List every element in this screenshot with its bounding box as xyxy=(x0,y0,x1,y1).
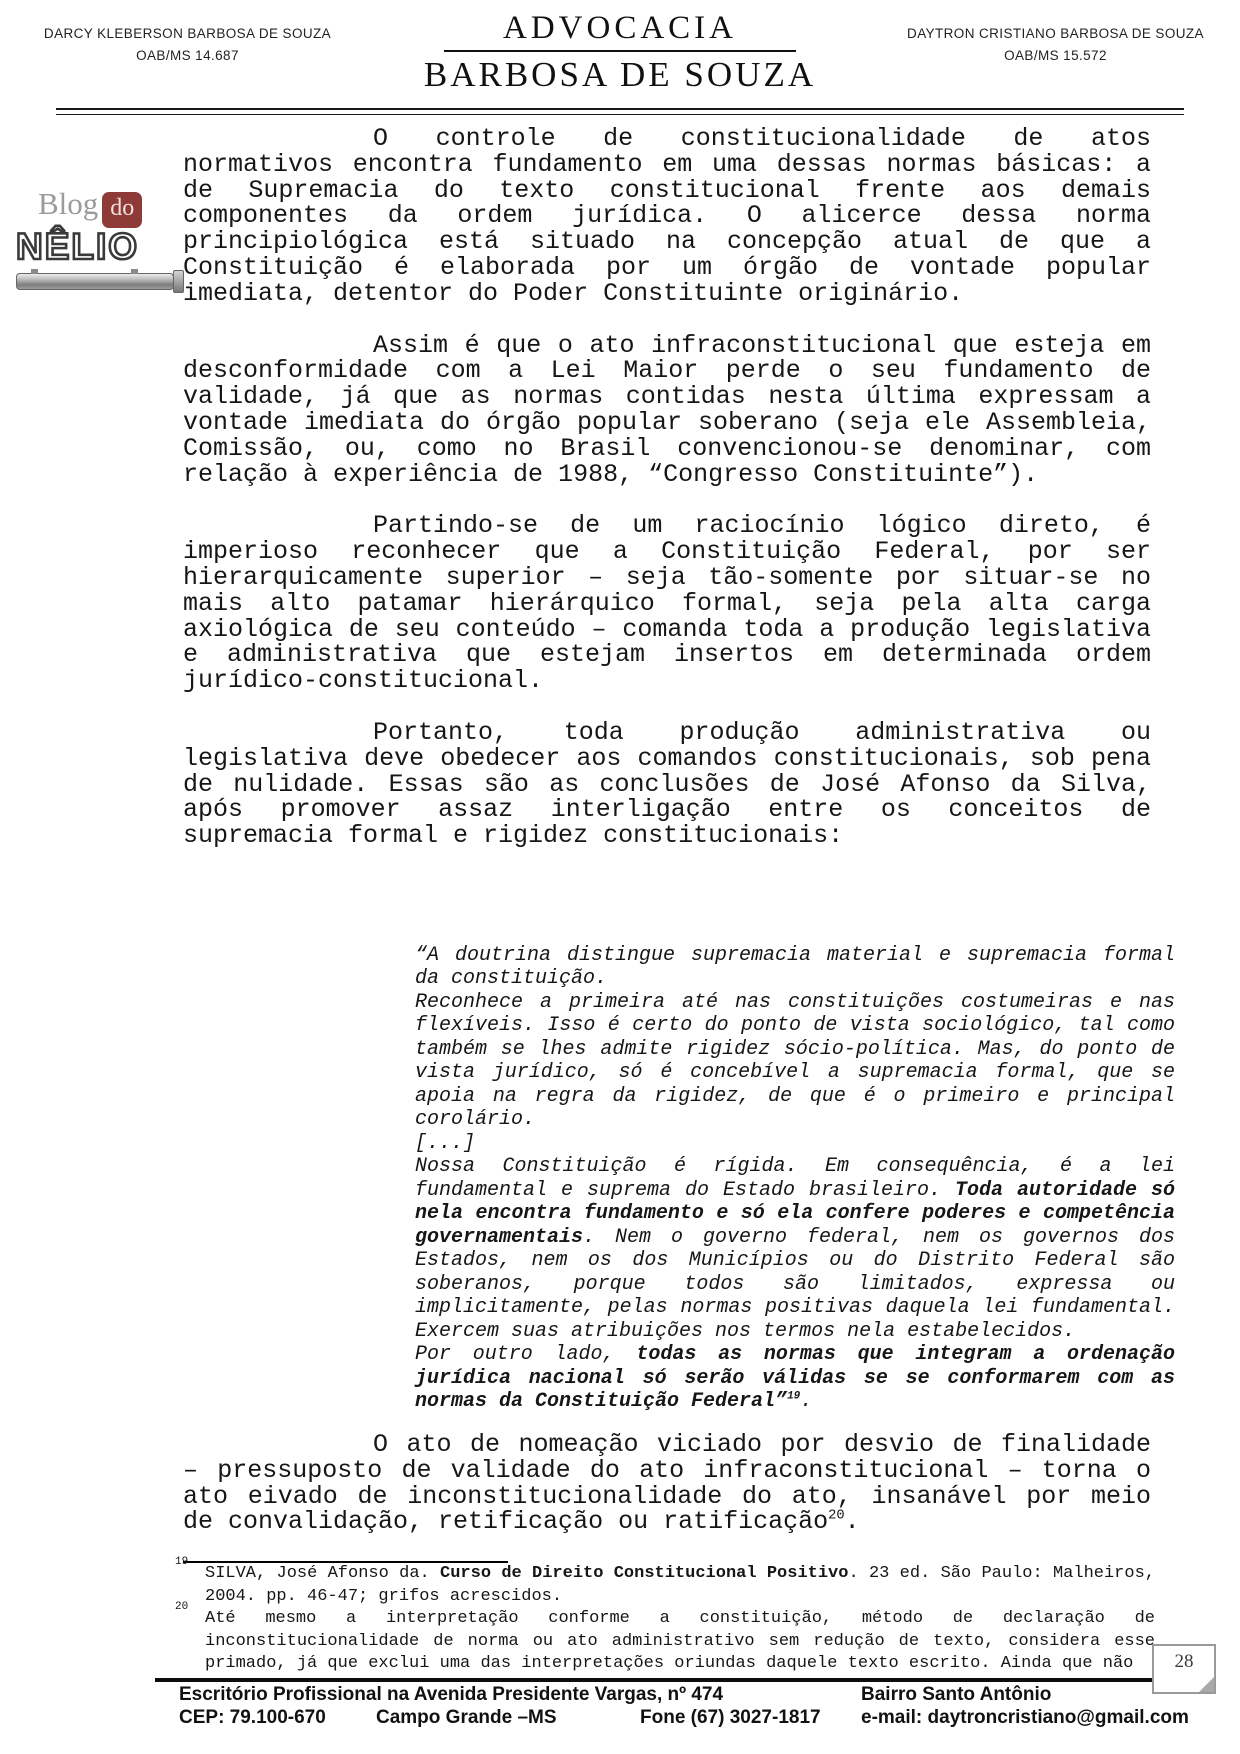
page-number: 28 xyxy=(1154,1651,1214,1673)
lawyer-left-block: DARCY KLEBERSON BARBOSA DE SOUZA OAB/MS … xyxy=(30,26,345,63)
firm-title-block: ADVOCACIA BARBOSA DE SOUZA xyxy=(420,10,820,95)
logo-do-badge: do xyxy=(102,192,142,228)
page-number-box: 28 xyxy=(1152,1644,1216,1694)
footnote-20: 20Até mesmo a interpretação conforme a c… xyxy=(205,1608,1155,1676)
paragraph-5: O ato de nomeação viciado por desvio de … xyxy=(183,1432,1151,1535)
firm-title-rule xyxy=(444,50,796,52)
paragraph-3: Partindo-se de um raciocínio lógico dire… xyxy=(183,513,1151,694)
lawyer-right-oab: OAB/MS 15.572 xyxy=(893,48,1218,63)
document-body: O controle de constitucionalidade de ato… xyxy=(183,104,1151,1676)
lawyer-left-name: DARCY KLEBERSON BARBOSA DE SOUZA xyxy=(30,26,345,41)
quote-line: [...] xyxy=(415,1132,1175,1156)
quote-line: “A doutrina distingue supremacia materia… xyxy=(415,944,1175,991)
logo-nelio-text: NÊLIO xyxy=(16,228,184,265)
footer-address: Escritório Profissional na Avenida Presi… xyxy=(179,1684,723,1706)
footnote-19: 19SILVA, José Afonso da. Curso de Direit… xyxy=(205,1563,1155,1608)
footnote-ref-19: 19 xyxy=(787,1391,800,1403)
footnote-ref-20: 20 xyxy=(828,1509,845,1524)
lawyer-left-oab: OAB/MS 14.687 xyxy=(30,48,345,63)
doctrine-quote-block: “A doutrina distingue supremacia materia… xyxy=(415,944,1175,1414)
logo-bar-icon xyxy=(16,273,174,290)
footer-district: Bairro Santo Antônio xyxy=(861,1684,1051,1706)
footer-city: Campo Grande –MS xyxy=(376,1707,557,1729)
quote-line: Nossa Constituição é rígida. Em consequê… xyxy=(415,1155,1175,1343)
lawyer-right-block: DAYTRON CRISTIANO BARBOSA DE SOUZA OAB/M… xyxy=(893,26,1218,63)
lawyer-right-name: DAYTRON CRISTIANO BARBOSA DE SOUZA xyxy=(893,26,1218,41)
footer-divider-rule xyxy=(155,1678,1155,1682)
dog-ear-icon xyxy=(1199,1677,1214,1692)
paragraph-2: Assim é que o ato infraconstitucional qu… xyxy=(183,333,1151,488)
footer-email: e-mail: daytroncristiano@gmail.com xyxy=(861,1707,1189,1729)
firm-name: BARBOSA DE SOUZA xyxy=(420,55,820,95)
footer-phone: Fone (67) 3027-1817 xyxy=(640,1707,821,1729)
footer-cep: CEP: 79.100-670 xyxy=(179,1707,326,1729)
blog-do-nelio-logo: Blogdo NÊLIO xyxy=(16,186,184,290)
document-page: DARCY KLEBERSON BARBOSA DE SOUZA OAB/MS … xyxy=(0,0,1240,1754)
paragraph-4: Portanto, toda produção administrativa o… xyxy=(183,720,1151,849)
logo-blog-text: Blog xyxy=(38,186,98,221)
firm-title: ADVOCACIA xyxy=(420,10,820,47)
quote-line: Por outro lado, todas as normas que inte… xyxy=(415,1343,1175,1414)
quote-line: Reconhece a primeira até nas constituiçõ… xyxy=(415,991,1175,1132)
paragraph-1: O controle de constitucionalidade de ato… xyxy=(183,126,1151,307)
